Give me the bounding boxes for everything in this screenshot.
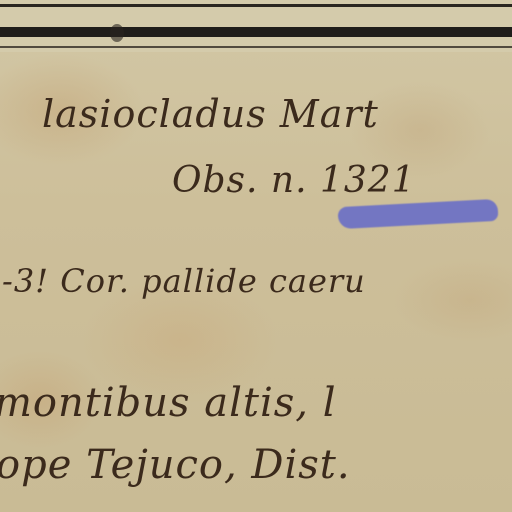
corolla-description-line: -3! Cor. pallide caeru xyxy=(2,262,366,300)
habitat-line: montibus altis, l xyxy=(0,380,337,426)
ink-blot xyxy=(110,24,124,42)
aged-paper-background xyxy=(0,0,512,512)
observation-number-line: Obs. n. 1321 xyxy=(172,160,416,201)
locality-line: ope Tejuco, Dist. xyxy=(0,442,351,488)
species-name-line: lasiocladus Mart xyxy=(42,92,379,136)
border-rule-thick xyxy=(0,27,512,37)
border-rule-thin-bottom xyxy=(0,46,512,48)
border-rule-thin-top xyxy=(0,4,512,7)
printed-border-top xyxy=(0,0,512,52)
